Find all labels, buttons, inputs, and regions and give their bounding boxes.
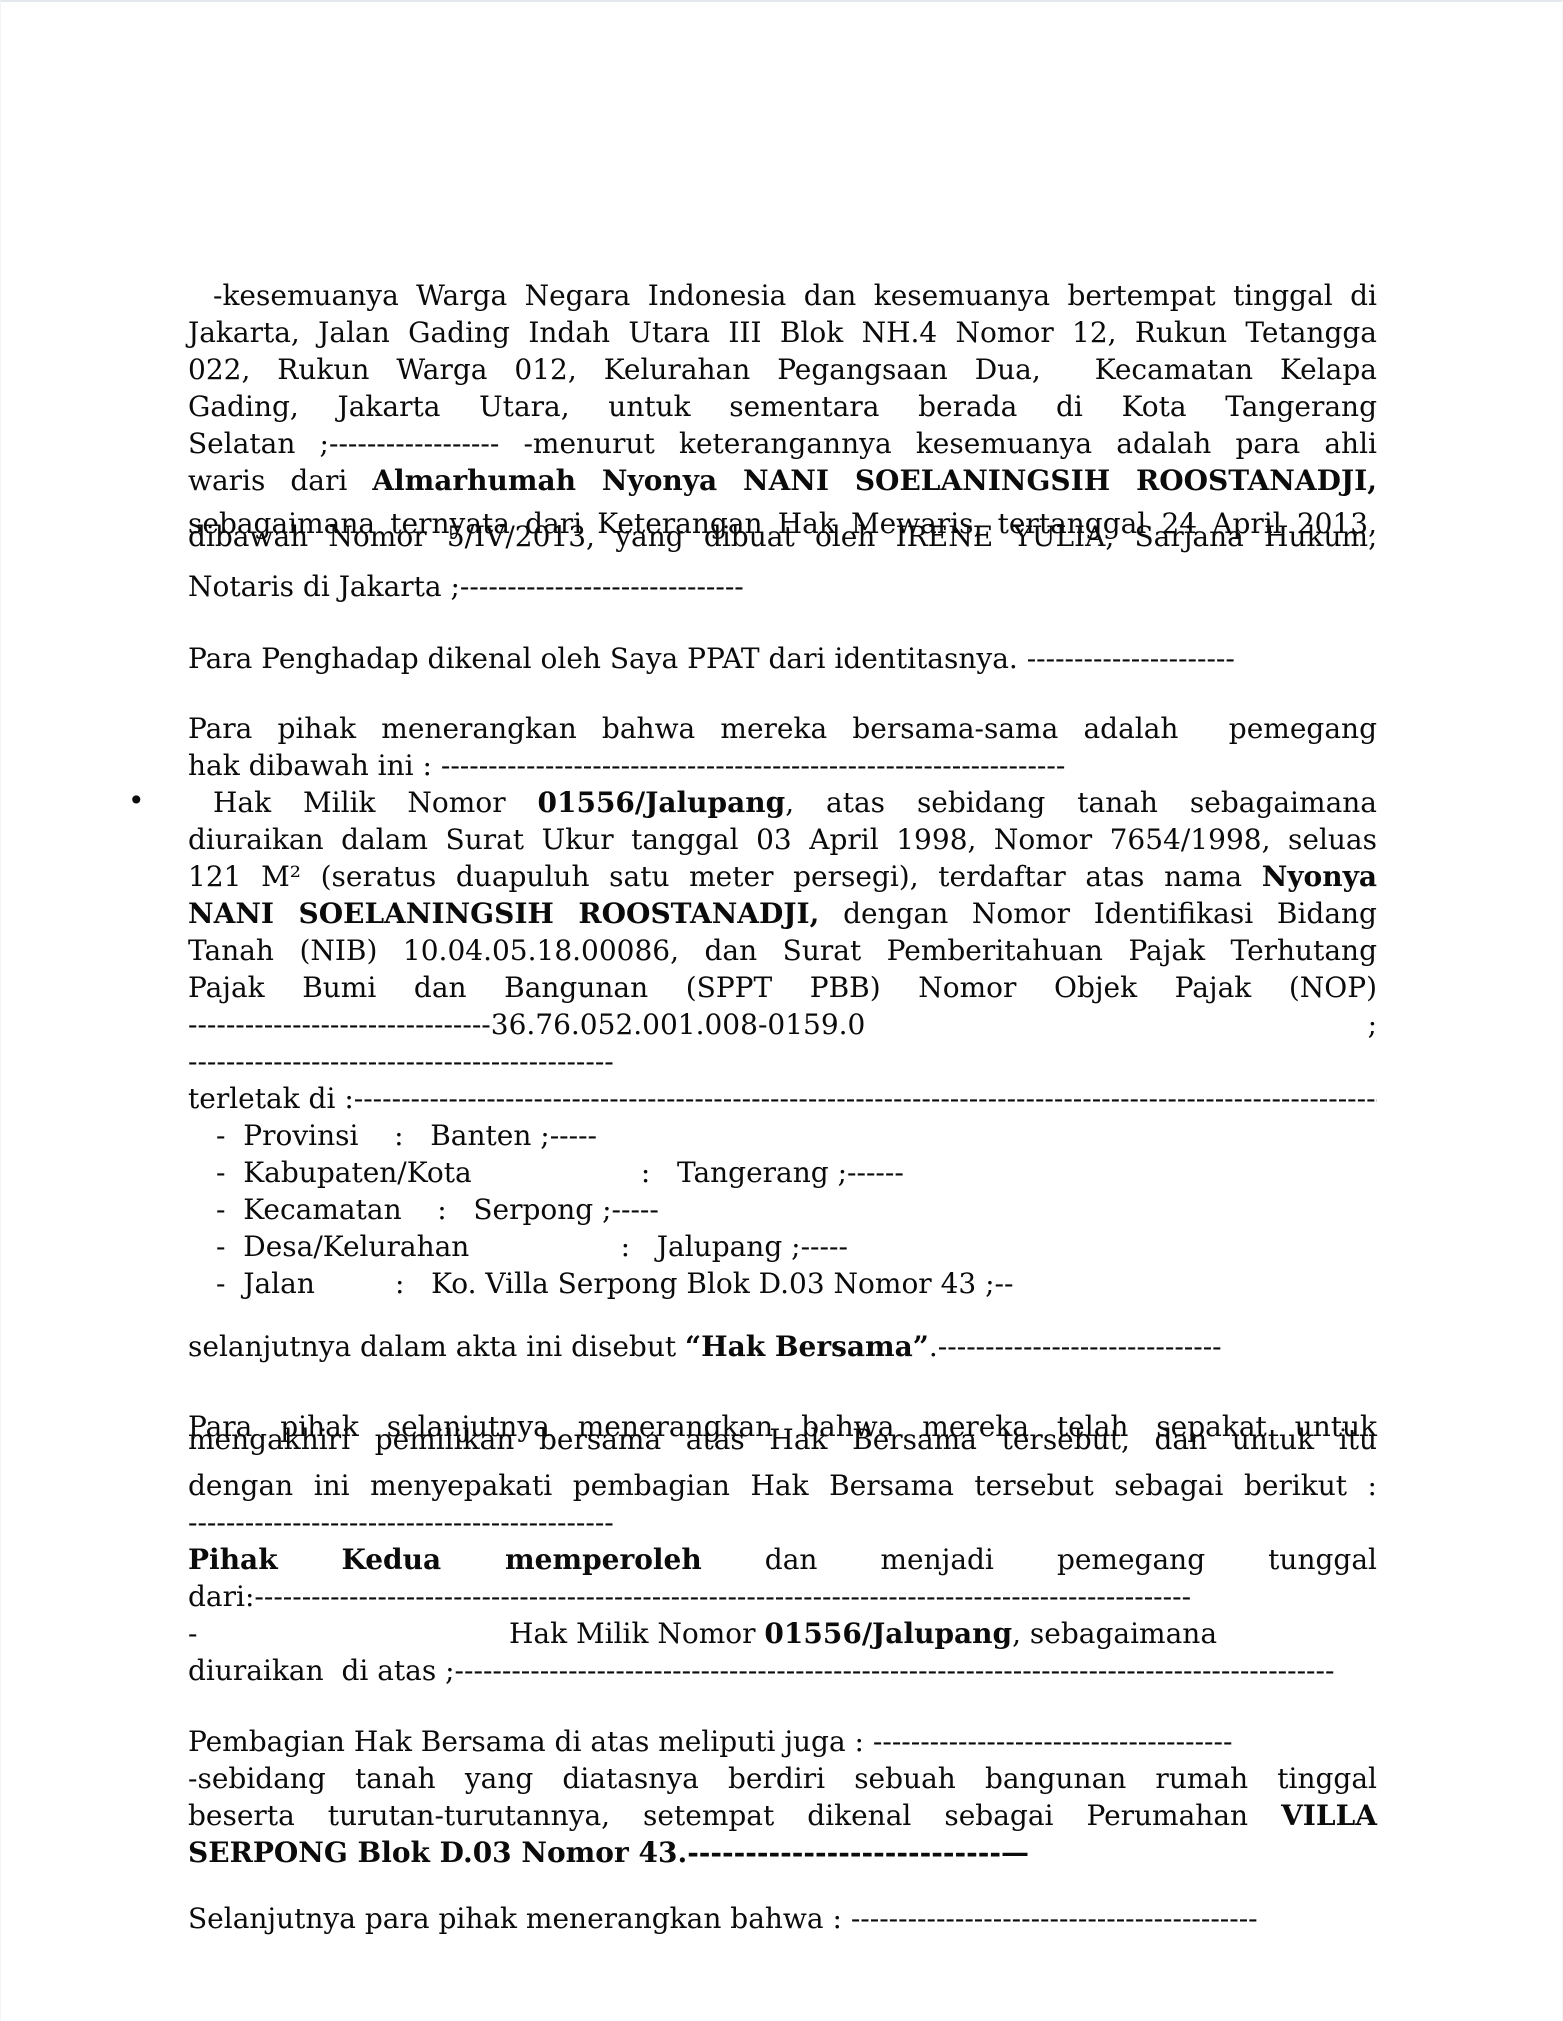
text-run: ---------------------------— xyxy=(687,1836,1029,1869)
text-run: Selanjutnya para pihak menerangkan bahwa… xyxy=(188,1902,1258,1935)
bullet-line: 121 M² (seratus duapuluh satu meter pers… xyxy=(188,858,1377,895)
text-run: SERPONG Blok D.03 Nomor 43. xyxy=(188,1836,687,1869)
text-run: dan menjadi pemegang tunggal xyxy=(702,1543,1377,1576)
text-run: Gading, Jakarta Utara, untuk sementara b… xyxy=(188,390,1377,423)
text-run: NANI SOELANINGSIH ROOSTANADJI, xyxy=(188,897,819,930)
bullet-list-item: •Hak Milik Nomor 01556/Jalupang, atas se… xyxy=(188,784,1377,1043)
document-line: hak dibawah ini : ----------------------… xyxy=(188,747,1377,784)
text-run: - Kabupaten/Kota : Tangerang ;------ xyxy=(216,1156,904,1189)
document-line: waris dari Almarhumah Nyonya NANI SOELAN… xyxy=(188,462,1377,499)
text-run: Almarhumah Nyonya NANI SOELANINGSIH ROOS… xyxy=(372,464,1377,497)
text-run: ----------------------------------------… xyxy=(188,1045,614,1078)
bullet-line: NANI SOELANINGSIH ROOSTANADJI, dengan No… xyxy=(188,895,1377,932)
document-line: dengan ini menyepakati pembagian Hak Ber… xyxy=(188,1467,1377,1504)
document-line: beserta turutan-turutannya, setempat dik… xyxy=(188,1797,1377,1834)
overlap-line-bottom: dibawah Nomor 5/IV/2013, yang dibuat ole… xyxy=(188,518,1377,555)
document-line: - Desa/Kelurahan : Jalupang ;----- xyxy=(188,1228,1377,1265)
text-run: ----------------------------------------… xyxy=(188,1506,614,1539)
text-run: Selatan ;------------------ -menurut ket… xyxy=(188,427,1377,460)
document-line: selanjutnya dalam akta ini disebut “Hak … xyxy=(188,1328,1377,1365)
text-run: - Desa/Kelurahan : Jalupang ;----- xyxy=(216,1230,848,1263)
text-run: terletak di :---------------------------… xyxy=(188,1082,1377,1115)
text-run: -kesemuanya Warga Negara Indonesia dan k… xyxy=(213,279,1377,312)
text-run: Jakarta, Jalan Gading Indah Utara III Bl… xyxy=(188,316,1377,349)
text-run: dibawah Nomor 5/IV/2013, yang dibuat ole… xyxy=(188,520,1377,553)
text-run: dari:-----------------------------------… xyxy=(188,1580,1191,1613)
document-line: Pihak Kedua memperoleh dan menjadi pemeg… xyxy=(188,1541,1377,1578)
document-line: terletak di :---------------------------… xyxy=(188,1080,1377,1117)
text-run: , atas sebidang tanah sebagaimana xyxy=(785,786,1377,819)
text-run: “Hak Bersama” xyxy=(685,1330,929,1363)
text-run: -sebidang tanah yang diatasnya berdiri s… xyxy=(188,1762,1377,1795)
document-line: ----------------------------------------… xyxy=(188,1504,1377,1541)
text-run: mengakhiri pemilikan bersama atas Hak Be… xyxy=(188,1423,1377,1456)
text-run: beserta turutan-turutannya, setempat dik… xyxy=(188,1799,1281,1832)
text-run: Tanah (NIB) 10.04.05.18.00086, dan Surat… xyxy=(188,934,1377,967)
document-line: ----------------------------------------… xyxy=(188,1043,1377,1080)
text-run: Nyonya xyxy=(1262,860,1377,893)
text-run: - Kecamatan : Serpong ;----- xyxy=(216,1193,659,1226)
overlapped-lines: Para pihak selanjutnya menerangkan bahwa… xyxy=(188,1408,1377,1458)
document-line: dari:-----------------------------------… xyxy=(188,1578,1377,1615)
text-run: - Provinsi : Banten ;----- xyxy=(216,1119,597,1152)
text-run: 022, Rukun Warga 012, Kelurahan Pegangsa… xyxy=(188,353,1377,386)
document-line: -kesemuanya Warga Negara Indonesia dan k… xyxy=(188,277,1377,314)
text-run: - xyxy=(188,1617,509,1650)
text-run: selanjutnya dalam akta ini disebut xyxy=(188,1330,685,1363)
text-run: dengan Nomor Identifikasi Bidang xyxy=(819,897,1377,930)
document-line: Pembagian Hak Bersama di atas meliputi j… xyxy=(188,1723,1377,1760)
document-line: 022, Rukun Warga 012, Kelurahan Pegangsa… xyxy=(188,351,1377,388)
text-run: Para Penghadap dikenal oleh Saya PPAT da… xyxy=(188,642,1235,675)
bullet-line: Hak Milik Nomor 01556/Jalupang, atas seb… xyxy=(188,784,1377,821)
bullet-marker-icon: • xyxy=(128,782,168,819)
text-run: Notaris di Jakarta ;--------------------… xyxy=(188,570,744,603)
bullet-line: --------------------------------36.76.05… xyxy=(188,1006,1377,1043)
text-run: Hak Milik Nomor xyxy=(509,1617,764,1650)
text-run: Pihak Kedua memperoleh xyxy=(188,1543,702,1576)
document-line: - Provinsi : Banten ;----- xyxy=(188,1117,1377,1154)
overlapped-lines: sebagaimana ternyata dari Keterangan Hak… xyxy=(188,505,1377,555)
text-run: , sebagaimana xyxy=(1012,1617,1217,1650)
document-line: Para pihak menerangkan bahwa mereka bers… xyxy=(188,710,1377,747)
text-run: dengan ini menyepakati pembagian Hak Ber… xyxy=(188,1469,1377,1502)
text-run: VILLA xyxy=(1281,1799,1377,1832)
document-line: Selanjutnya para pihak menerangkan bahwa… xyxy=(188,1900,1377,1937)
text-run: 01556/Jalupang xyxy=(764,1617,1012,1650)
text-run: Hak Milik Nomor xyxy=(213,786,538,819)
text-run: diuraikan di atas ;---------------------… xyxy=(188,1654,1334,1687)
text-run: 121 M² (seratus duapuluh satu meter pers… xyxy=(188,860,1262,893)
document-line: diuraikan di atas ;---------------------… xyxy=(188,1652,1377,1689)
bullet-line: diuraikan dalam Surat Ukur tanggal 03 Ap… xyxy=(188,821,1377,858)
text-run: diuraikan dalam Surat Ukur tanggal 03 Ap… xyxy=(188,823,1377,856)
text-run: hak dibawah ini : ----------------------… xyxy=(188,749,1065,782)
document-line: Selatan ;------------------ -menurut ket… xyxy=(188,425,1377,462)
line-end-mark: ; xyxy=(1368,1006,1377,1043)
text-run: - Jalan : Ko. Villa Serpong Blok D.03 No… xyxy=(216,1267,1013,1300)
document-page: -kesemuanya Warga Negara Indonesia dan k… xyxy=(0,0,1563,2021)
text-run: 01556/Jalupang xyxy=(538,786,786,819)
overlap-line-bottom: mengakhiri pemilikan bersama atas Hak Be… xyxy=(188,1421,1377,1458)
document-line: - Hak Milik Nomor 01556/Jalupang, sebaga… xyxy=(188,1615,1377,1652)
document-line: Notaris di Jakarta ;--------------------… xyxy=(188,568,1377,605)
document-line: - Jalan : Ko. Villa Serpong Blok D.03 No… xyxy=(188,1265,1377,1302)
text-run: .------------------------------ xyxy=(929,1330,1222,1363)
text-run: waris dari xyxy=(188,464,372,497)
document-line: SERPONG Blok D.03 Nomor 43.-------------… xyxy=(188,1834,1377,1871)
text-run: Pajak Bumi dan Bangunan (SPPT PBB) Nomor… xyxy=(188,971,1377,1004)
document-line: -sebidang tanah yang diatasnya berdiri s… xyxy=(188,1760,1377,1797)
text-run: --------------------------------36.76.05… xyxy=(188,1008,865,1041)
document-line: Gading, Jakarta Utara, untuk sementara b… xyxy=(188,388,1377,425)
bullet-line: Tanah (NIB) 10.04.05.18.00086, dan Surat… xyxy=(188,932,1377,969)
text-run: Pembagian Hak Bersama di atas meliputi j… xyxy=(188,1725,1232,1758)
bullet-line: Pajak Bumi dan Bangunan (SPPT PBB) Nomor… xyxy=(188,969,1377,1006)
text-run: Para pihak menerangkan bahwa mereka bers… xyxy=(188,712,1377,745)
document-line: - Kecamatan : Serpong ;----- xyxy=(188,1191,1377,1228)
document-line: - Kabupaten/Kota : Tangerang ;------ xyxy=(188,1154,1377,1191)
document-line: Para Penghadap dikenal oleh Saya PPAT da… xyxy=(188,640,1377,677)
document-line: Jakarta, Jalan Gading Indah Utara III Bl… xyxy=(188,314,1377,351)
